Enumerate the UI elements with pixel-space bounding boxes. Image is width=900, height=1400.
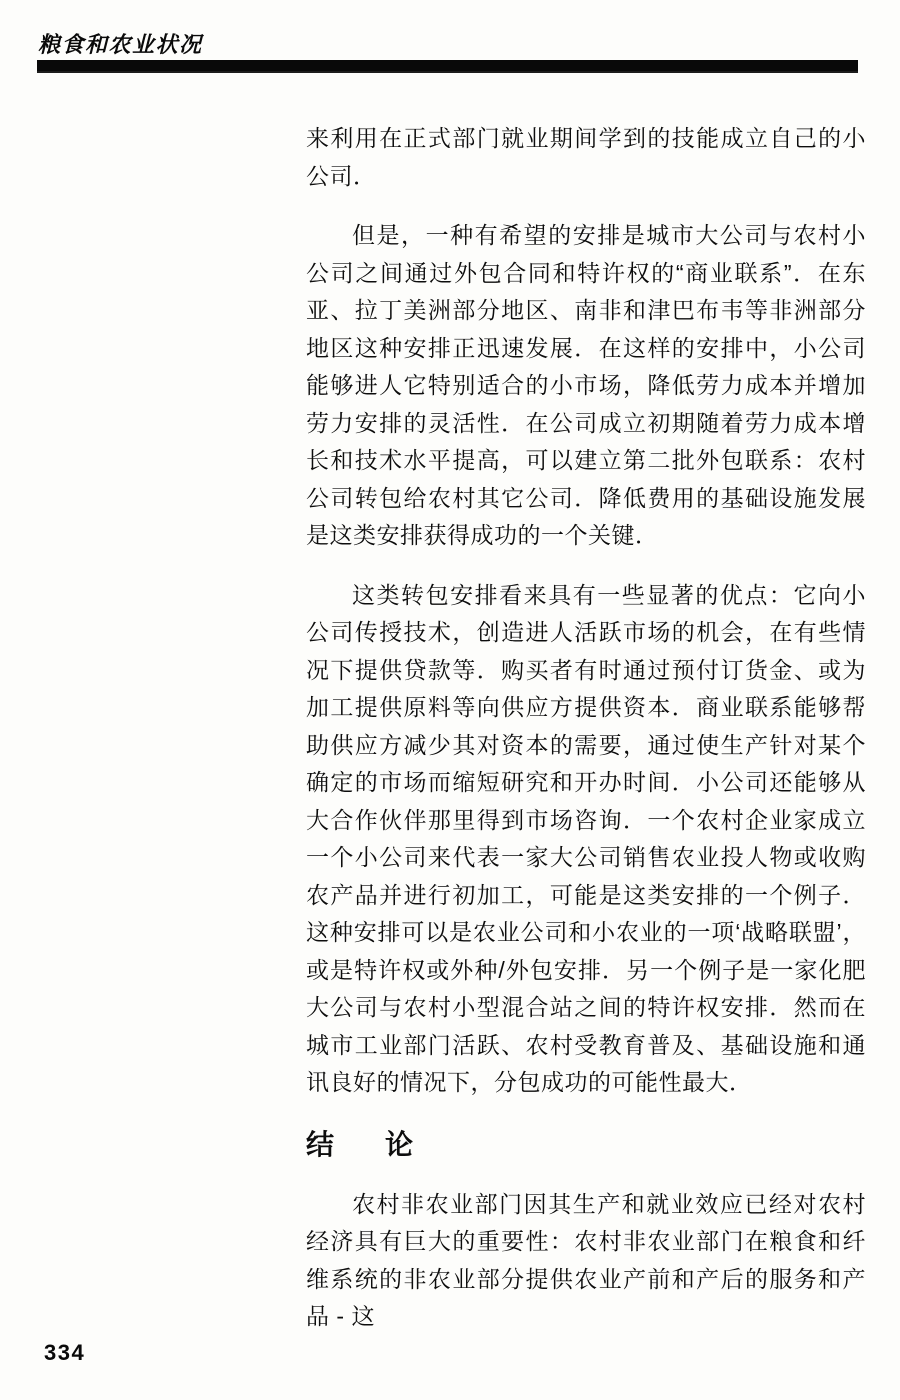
body-paragraph-continuation: 来利用在正式部门就业期间学到的技能成立自己的小公司．: [306, 120, 866, 195]
body-paragraph: 这类转包安排看来具有一些显著的优点：它向小公司传授技术，创造进人活跃市场的机会，…: [306, 577, 866, 1102]
running-header-title: 粮食和农业状况: [38, 28, 203, 59]
page-number: 334: [44, 1340, 85, 1366]
body-text-column: 来利用在正式部门就业期间学到的技能成立自己的小公司． 但是，一种有希望的安排是城…: [306, 120, 866, 1358]
body-paragraph: 但是，一种有希望的安排是城市大公司与农村小公司之间通过外包合同和特许权的“商业联…: [306, 217, 866, 555]
header-rule: [37, 60, 858, 73]
conclusion-paragraph: 农村非农业部门因其生产和就业效应已经对农村经济具有巨大的重要性：农村非农业部门在…: [306, 1186, 866, 1336]
document-page: 粮食和农业状况 来利用在正式部门就业期间学到的技能成立自己的小公司． 但是，一种…: [0, 0, 900, 1400]
section-heading-conclusion: 结 论: [306, 1128, 866, 1162]
